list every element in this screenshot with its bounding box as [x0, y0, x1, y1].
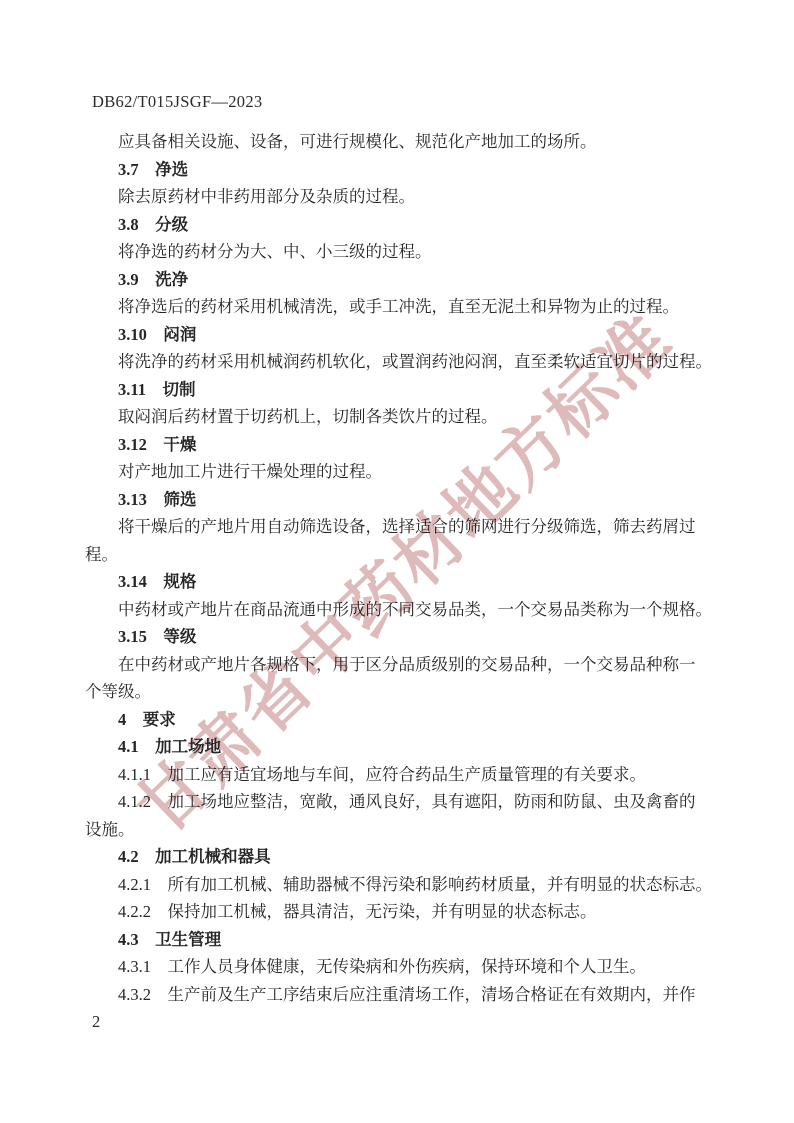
paragraph-line: 4.1.1 加工应有适宜场地与车间，应符合药品生产质量管理的有关要求。 [85, 761, 717, 789]
section-heading-line: 4 要求 [85, 706, 717, 734]
paragraph-line: 4.3.1 工作人员身体健康，无传染病和外伤疾病，保持环境和个人卫生。 [85, 953, 717, 981]
paragraph-line: 程。 [85, 541, 717, 569]
paragraph-line: 4.2.1 所有加工机械、辅助器械不得污染和影响药材质量，并有明显的状态标志。 [85, 871, 717, 899]
section-heading-line: 4.1 加工场地 [85, 733, 717, 761]
paragraph-line: 中药材或产地片在商品流通中形成的不同交易品类，一个交易品类称为一个规格。 [85, 596, 717, 624]
paragraph-line: 将净选的药材分为大、中、小三级的过程。 [85, 238, 717, 266]
paragraph-line: 设施。 [85, 816, 717, 844]
section-heading-line: 4.2 加工机械和器具 [85, 843, 717, 871]
section-heading-line: 3.14 规格 [85, 568, 717, 596]
paragraph-line: 个等级。 [85, 678, 717, 706]
section-heading-line: 3.7 净选 [85, 156, 717, 184]
document-page: DB62/T015JSGF—2023 甘肃省中药材地方标准 应具备相关设施、设备… [0, 0, 794, 1123]
paragraph-line: 应具备相关设施、设备，可进行规模化、规范化产地加工的场所。 [85, 128, 717, 156]
paragraph-line: 将净选后的药材采用机械清洗，或手工冲洗，直至无泥土和异物为止的过程。 [85, 293, 717, 321]
paragraph-line: 将干燥后的产地片用自动筛选设备，选择适合的筛网进行分级筛选，筛去药屑过 [85, 513, 717, 541]
paragraph-line: 4.1.2 加工场地应整洁，宽敞，通风良好，具有遮阳，防雨和防鼠、虫及禽畜的 [85, 788, 717, 816]
paragraph-line: 在中药材或产地片各规格下，用于区分品质级别的交易品种，一个交易品种称一 [85, 651, 717, 679]
section-heading-line: 3.11 切制 [85, 376, 717, 404]
section-heading-line: 3.15 等级 [85, 623, 717, 651]
section-heading-line: 3.12 干燥 [85, 431, 717, 459]
page-number: 2 [92, 1012, 100, 1032]
paragraph-line: 4.2.2 保持加工机械，器具清洁，无污染，并有明显的状态标志。 [85, 898, 717, 926]
section-heading-line: 3.13 筛选 [85, 486, 717, 514]
paragraph-line: 除去原药材中非药用部分及杂质的过程。 [85, 183, 717, 211]
paragraph-line: 对产地加工片进行干燥处理的过程。 [85, 458, 717, 486]
document-code-header: DB62/T015JSGF—2023 [92, 92, 262, 112]
section-heading-line: 4.3 卫生管理 [85, 926, 717, 954]
section-heading-line: 3.9 洗净 [85, 266, 717, 294]
section-heading-line: 3.10 闷润 [85, 321, 717, 349]
paragraph-line: 将洗净的药材采用机械润药机软化，或置润药池闷润，直至柔软适宜切片的过程。 [85, 348, 717, 376]
section-heading-line: 3.8 分级 [85, 211, 717, 239]
paragraph-line: 4.3.2 生产前及生产工序结束后应注重清场工作，清场合格证在有效期内，并作 [85, 981, 717, 1009]
document-body: 应具备相关设施、设备，可进行规模化、规范化产地加工的场所。3.7 净选除去原药材… [85, 128, 717, 1008]
paragraph-line: 取闷润后药材置于切药机上，切制各类饮片的过程。 [85, 403, 717, 431]
